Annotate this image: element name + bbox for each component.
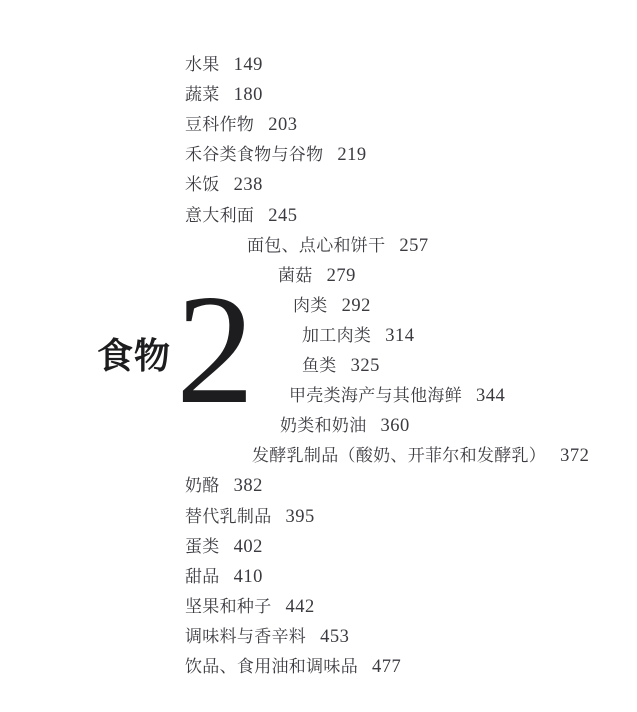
toc-entry-title: 替代乳制品 <box>185 507 272 526</box>
toc-entry-page-number: 314 <box>385 326 414 346</box>
toc-entry-page-number: 360 <box>381 416 410 436</box>
chapter-number: 2 <box>176 271 255 428</box>
toc-entry-page-number: 180 <box>234 85 263 105</box>
toc-entry-title: 面包、点心和饼干 <box>247 236 385 255</box>
toc-entry-title: 奶酪 <box>185 476 220 495</box>
toc-entry-title: 甲壳类海产与其他海鲜 <box>289 386 462 405</box>
toc-entry: 面包、点心和饼干257 <box>247 231 429 261</box>
toc-entry-page-number: 442 <box>286 597 315 617</box>
toc-entry-page-number: 325 <box>351 356 380 376</box>
toc-entry-title: 禾谷类食物与谷物 <box>185 145 323 164</box>
toc-entry-page-number: 149 <box>234 55 263 75</box>
toc-entry-page-number: 219 <box>337 145 366 165</box>
toc-entry-title: 肉类 <box>293 296 328 315</box>
toc-entry-page-number: 372 <box>560 446 589 466</box>
toc-entry: 意大利面245 <box>185 201 297 231</box>
toc-entry-title: 奶类和奶油 <box>280 416 367 435</box>
toc-entry-title: 发酵乳制品（酸奶、开菲尔和发酵乳） <box>252 446 546 465</box>
toc-entry-title: 坚果和种子 <box>185 597 272 616</box>
toc-entry: 禾谷类食物与谷物219 <box>185 140 367 170</box>
toc-entry: 替代乳制品395 <box>185 502 315 532</box>
toc-entry: 奶酪382 <box>185 471 263 501</box>
toc-entry: 饮品、食用油和调味品477 <box>185 652 401 682</box>
toc-entry-title: 调味料与香辛料 <box>185 627 306 646</box>
toc-entry-page-number: 344 <box>476 386 505 406</box>
toc-entry-page-number: 402 <box>234 537 263 557</box>
toc-entry: 豆科作物203 <box>185 110 297 140</box>
toc-entry-title: 水果 <box>185 55 220 74</box>
toc-entry-title: 鱼类 <box>302 356 337 375</box>
toc-entry-title: 菌菇 <box>278 266 313 285</box>
toc-entry: 水果149 <box>185 50 263 80</box>
toc-entry: 蔬菜180 <box>185 80 263 110</box>
toc-entry-page-number: 245 <box>268 206 297 226</box>
toc-entry: 蛋类402 <box>185 532 263 562</box>
toc-entry-title: 豆科作物 <box>185 115 254 134</box>
toc-entry-title: 米饭 <box>185 175 220 194</box>
toc-entry-page-number: 279 <box>327 266 356 286</box>
toc-entry: 调味料与香辛料453 <box>185 622 349 652</box>
toc-entry-page-number: 477 <box>372 657 401 677</box>
toc-entry: 发酵乳制品（酸奶、开菲尔和发酵乳）372 <box>252 441 589 471</box>
toc-entry: 加工肉类314 <box>302 321 414 351</box>
toc-entry: 肉类292 <box>293 291 371 321</box>
toc-entry: 米饭238 <box>185 170 263 200</box>
toc-entry-title: 蔬菜 <box>185 85 220 104</box>
toc-entry: 菌菇279 <box>278 261 356 291</box>
toc-entry-title: 甜品 <box>185 567 220 586</box>
toc-entry-page-number: 382 <box>234 476 263 496</box>
toc-entry-page-number: 453 <box>320 627 349 647</box>
toc-entry-page-number: 292 <box>342 296 371 316</box>
toc-entry-page-number: 203 <box>268 115 297 135</box>
toc-entry: 甲壳类海产与其他海鲜344 <box>289 381 505 411</box>
toc-entry-page-number: 410 <box>234 567 263 587</box>
toc-entry-page-number: 395 <box>286 507 315 527</box>
toc-entry-page-number: 257 <box>399 236 428 256</box>
toc-entry-title: 饮品、食用油和调味品 <box>185 657 358 676</box>
toc-entry: 鱼类325 <box>302 351 380 381</box>
toc-entry: 奶类和奶油360 <box>280 411 410 441</box>
book-toc-page: 食物 2 水果149 蔬菜180 豆科作物203 禾谷类食物与谷物219 米饭2… <box>0 0 637 712</box>
chapter-title: 食物 <box>97 338 171 374</box>
toc-entry-page-number: 238 <box>234 175 263 195</box>
toc-entry: 坚果和种子442 <box>185 592 315 622</box>
toc-entry: 甜品410 <box>185 562 263 592</box>
toc-entry-title: 加工肉类 <box>302 326 371 345</box>
toc-entry-title: 意大利面 <box>185 206 254 225</box>
toc-entry-title: 蛋类 <box>185 537 220 556</box>
